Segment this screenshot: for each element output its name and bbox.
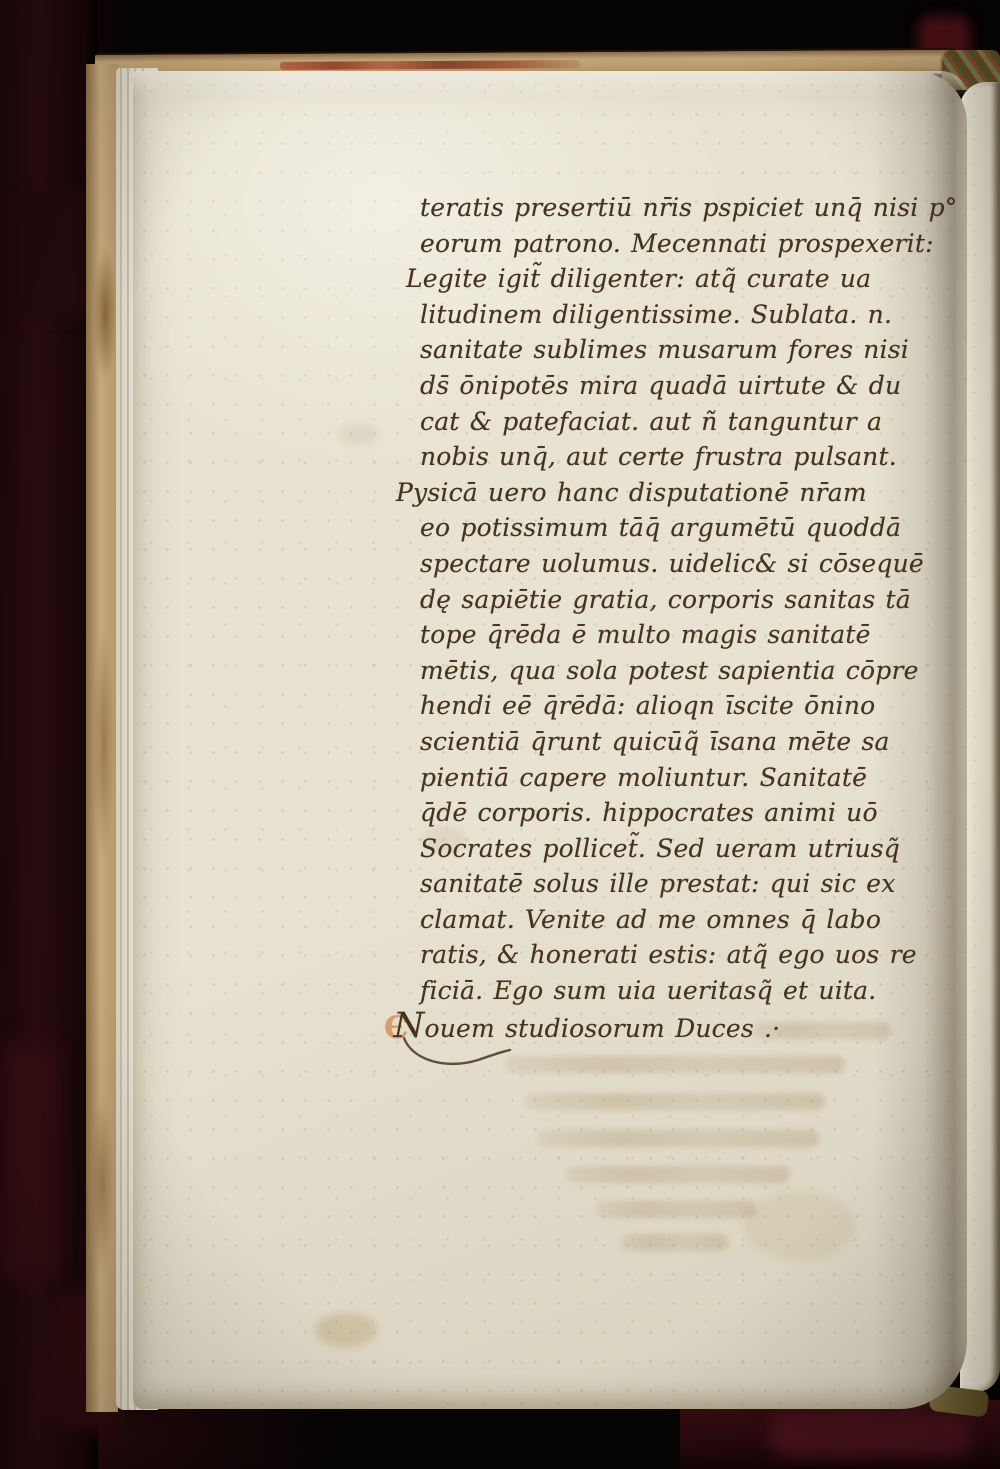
manuscript-line: Legite igit̃ diligenter: atq̃ curate ua [406, 261, 906, 297]
manuscript-line: tope q̄rēda ē multo magis sanitatē [420, 617, 906, 653]
bleed-through-line [596, 1201, 756, 1218]
manuscript-line: ratis, & honerati estis: atq̃ ego uos re [420, 937, 906, 973]
manuscript-line: mētis, qua sola potest sapientia cōpre [420, 653, 906, 689]
manuscript-line: scientiā q̄runt quicūq̃ īsana mēte sa [420, 724, 906, 760]
fore-edge-title-marks [280, 60, 580, 70]
bleed-through-line [525, 1093, 825, 1110]
parchment-stain [339, 423, 379, 445]
rubric-line: ЄNouem studiosorum Duces .· [384, 1009, 906, 1049]
page-highlight [133, 71, 967, 97]
manuscript-line: eo potissimum tāq̄ argumētū quoddā [420, 510, 906, 546]
manuscript-line: ds̄ ōnipotēs mira quadā uirtute & du [420, 368, 906, 404]
manuscript-line: ficiā. Ego sum uia ueritasq̃ et uita. [420, 973, 906, 1009]
bleed-through-line [505, 1056, 845, 1073]
manuscript-line: pientiā capere moliuntur. Sanitatē [420, 760, 906, 796]
cover-edge-bump [22, 190, 84, 320]
manuscript-line: hendi eē q̄rēdā: alioqn īscite ōnino [420, 688, 906, 724]
initial-letter-N: N [394, 1006, 425, 1046]
cover-highlight [770, 1412, 970, 1456]
manuscript-line: litudinem diligentissime. Sublata. n. [420, 297, 906, 333]
parchment-stain [745, 1191, 855, 1261]
manuscript-line: clamat. Venite ad me omnes q̄ labo [420, 902, 906, 938]
bleed-through-line [537, 1130, 819, 1147]
manuscript-line: q̄dē corporis. hippocrates animi uō [420, 795, 906, 831]
bleed-through-line [566, 1166, 790, 1183]
parchment-stain [315, 1313, 377, 1347]
manuscript-line: cat & patefaciat. aut ñ tanguntur a [420, 404, 906, 440]
manuscript-line: nobis unq̄, aut certe frustra pulsant. [420, 439, 906, 475]
manuscript-line: eorum patrono. Mecennati prospexerit: [420, 226, 906, 262]
text-block: teratis presertiū nr̄is pspiciet unq̄ ni… [420, 190, 906, 1049]
stained-page-fore-edge [86, 64, 118, 1412]
bleed-through-line [620, 1234, 728, 1251]
manuscript-line: Pysicā uero hanc disputationē nr̄am [396, 475, 906, 511]
manuscript-line: teratis presertiū nr̄is pspiciet unq̄ ni… [420, 190, 906, 226]
manuscript-line: spectare uolumus. uidelic& si cōsequē [420, 546, 906, 582]
manuscript-line: sanitate sublimes musarum fores nisi [420, 332, 906, 368]
manuscript-line: dę sapiētie gratia, corporis sanitas tā [420, 582, 906, 618]
manuscript-line: sanitatē solus ille prestat: qui sic ex [420, 866, 906, 902]
manuscript-line: Socrates pollicet̃. Sed ueram utriusq̃ [420, 831, 906, 867]
cover-highlight [0, 1040, 58, 1280]
